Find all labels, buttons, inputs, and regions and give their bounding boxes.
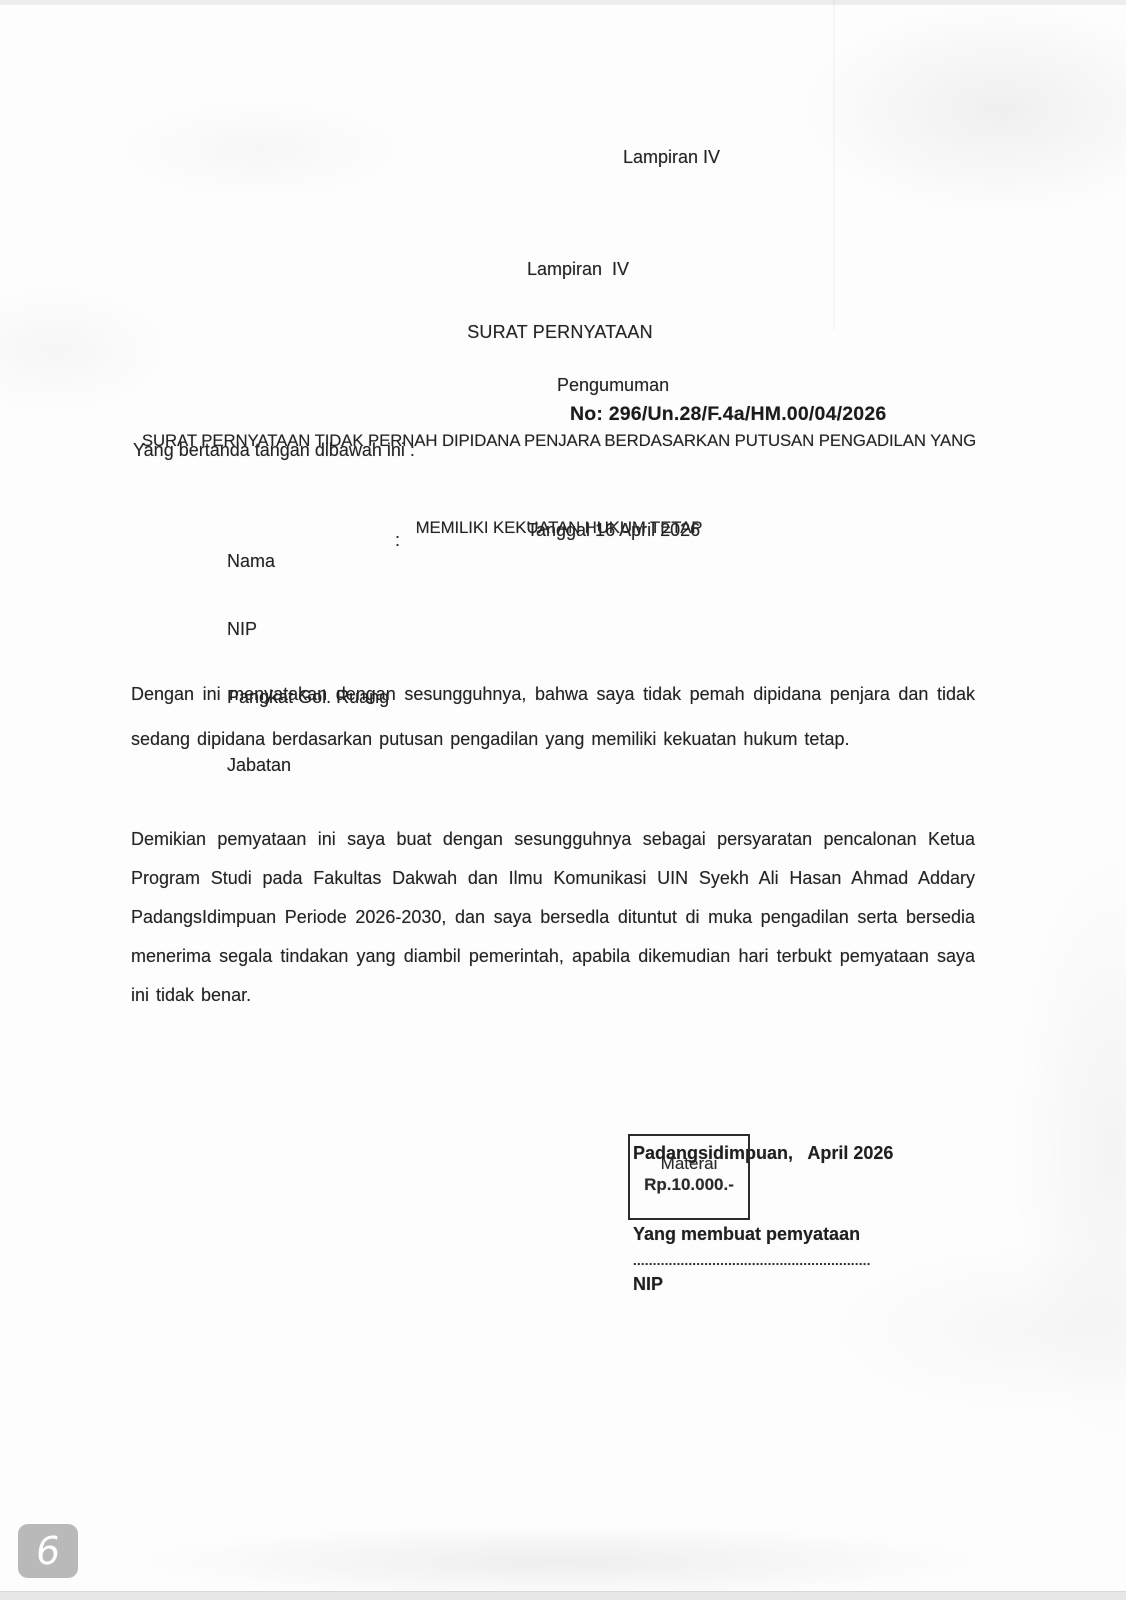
- field-separator-colon: :: [395, 530, 400, 551]
- paragraph-line: ini tidak benar.: [131, 976, 975, 1015]
- field-label-nama: Nama: [227, 551, 275, 571]
- opening-line: Yang bertanda tangan dibawah ini :: [133, 440, 415, 461]
- stamp-label: Materai: [661, 1153, 718, 1174]
- statement-paragraph: Dengan ini menyatakan dengan sesungguhny…: [131, 672, 975, 762]
- signer-role-line: Yang membuat pemyataan: [633, 1221, 893, 1248]
- document-title: SURAT PERNYATAAN TIDAK PERNAH DIPIDANA P…: [0, 368, 1118, 600]
- attachment-line: Lampiran IV: [527, 255, 886, 284]
- paragraph-line: sedang dipidana berdasarkan putusan peng…: [131, 717, 975, 762]
- scan-edge-top: [0, 0, 1126, 5]
- scan-edge-bottom: [0, 1591, 1126, 1600]
- paragraph-line: Program Studi pada Fakultas Dakwah dan I…: [131, 859, 975, 898]
- paragraph-line: PadangsIdimpuan Periode 2026-2030, dan s…: [131, 898, 975, 937]
- page-number: 6: [35, 1531, 62, 1571]
- field-row-nip: NIP: [197, 598, 389, 624]
- nip-label: NIP: [633, 1274, 663, 1295]
- subject-heading: SURAT PERNYATAAN: [0, 322, 1120, 343]
- stamp-value: Rp.10.000.-: [644, 1174, 734, 1195]
- paragraph-line: menerima segala tindakan yang diambil pe…: [131, 937, 975, 976]
- scanned-document-page: Lampiran IV Lampiran IV Pengumuman No: 2…: [0, 0, 1126, 1600]
- paragraph-line: Demikian pemyataan ini saya buat dengan …: [131, 820, 975, 859]
- field-label-nip: NIP: [227, 619, 257, 639]
- duty-stamp-box: Materai Rp.10.000.-: [628, 1134, 750, 1220]
- document-title-line2: MEMILIKI KEKUATAN HUKUM TETAP: [0, 513, 1118, 542]
- paragraph-line: Dengan ini menyatakan dengan sesungguhny…: [131, 672, 975, 717]
- corner-attachment-label: Lampiran IV: [623, 147, 720, 168]
- page-number-badge: 6: [18, 1524, 78, 1578]
- field-row-nama: Nama :: [197, 530, 389, 556]
- closing-paragraph: Demikian pemyataan ini saya buat dengan …: [131, 820, 975, 1015]
- signature-dotted-line: ........................................…: [633, 1253, 871, 1268]
